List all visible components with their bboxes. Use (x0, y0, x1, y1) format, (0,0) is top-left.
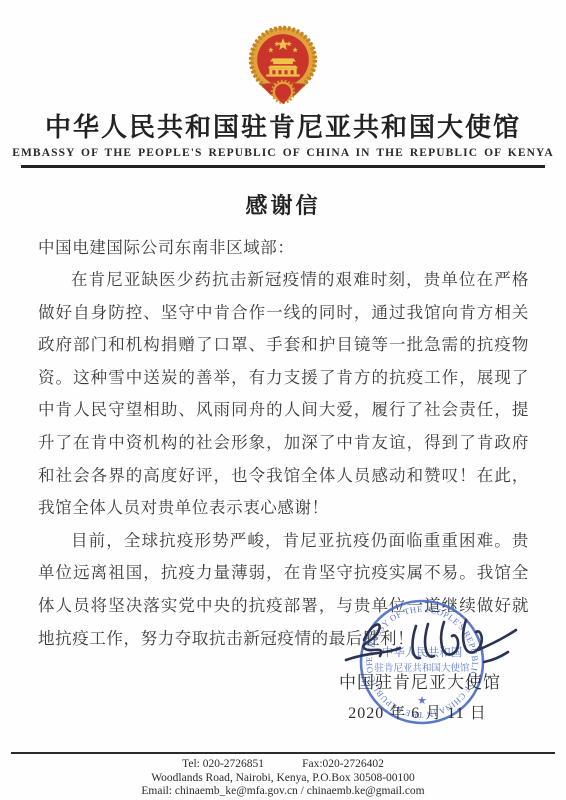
embassy-title-english: EMBASSY OF THE PEOPLE'S REPUBLIC OF CHIN… (0, 146, 566, 160)
letter-date: 2020 年 6 月 11 日 (320, 700, 515, 723)
footer-tel-fax: Tel: 020-2726851Fax:020-2726402 (0, 758, 566, 772)
letterhead-divider (21, 165, 545, 168)
signature-handwriting (334, 610, 524, 677)
footer-email: Email: chinaemb_ke@mfa.gov.cn / chinaemb… (0, 785, 566, 799)
footer-tel: Tel: 020-2726851 (182, 758, 264, 770)
prc-national-emblem-icon (0, 0, 566, 107)
signing-organization: 中国驻肯尼亚大使馆 (320, 668, 520, 693)
embassy-title-chinese: 中华人民共和国驻肯尼亚共和国大使馆 (0, 113, 566, 143)
letterhead: 中华人民共和国驻肯尼亚共和国大使馆 EMBASSY OF THE PEOPLE'… (0, 0, 566, 168)
footer-fax: Fax:020-2726402 (302, 758, 384, 770)
signature-block: EMBASSY OF THE PEOPLE'S REPUBLIC OF CHIN… (320, 592, 550, 737)
letter-page: 中华人民共和国驻肯尼亚共和国大使馆 EMBASSY OF THE PEOPLE'… (0, 0, 566, 800)
footer-address: Woodlands Road, Nairobi, Kenya, P.O.Box … (0, 772, 566, 786)
letter-title: 感谢信 (0, 189, 566, 220)
footer: Tel: 020-2726851Fax:020-2726402 Woodland… (0, 752, 566, 799)
footer-divider (11, 752, 555, 754)
salutation: 中国电建国际公司东南非区域部： (38, 232, 529, 265)
paragraph-1: 在肯尼亚缺医少药抗击新冠疫情的艰难时刻，贵单位在严格做好自身防控、坚守中肯合作一… (38, 264, 529, 525)
